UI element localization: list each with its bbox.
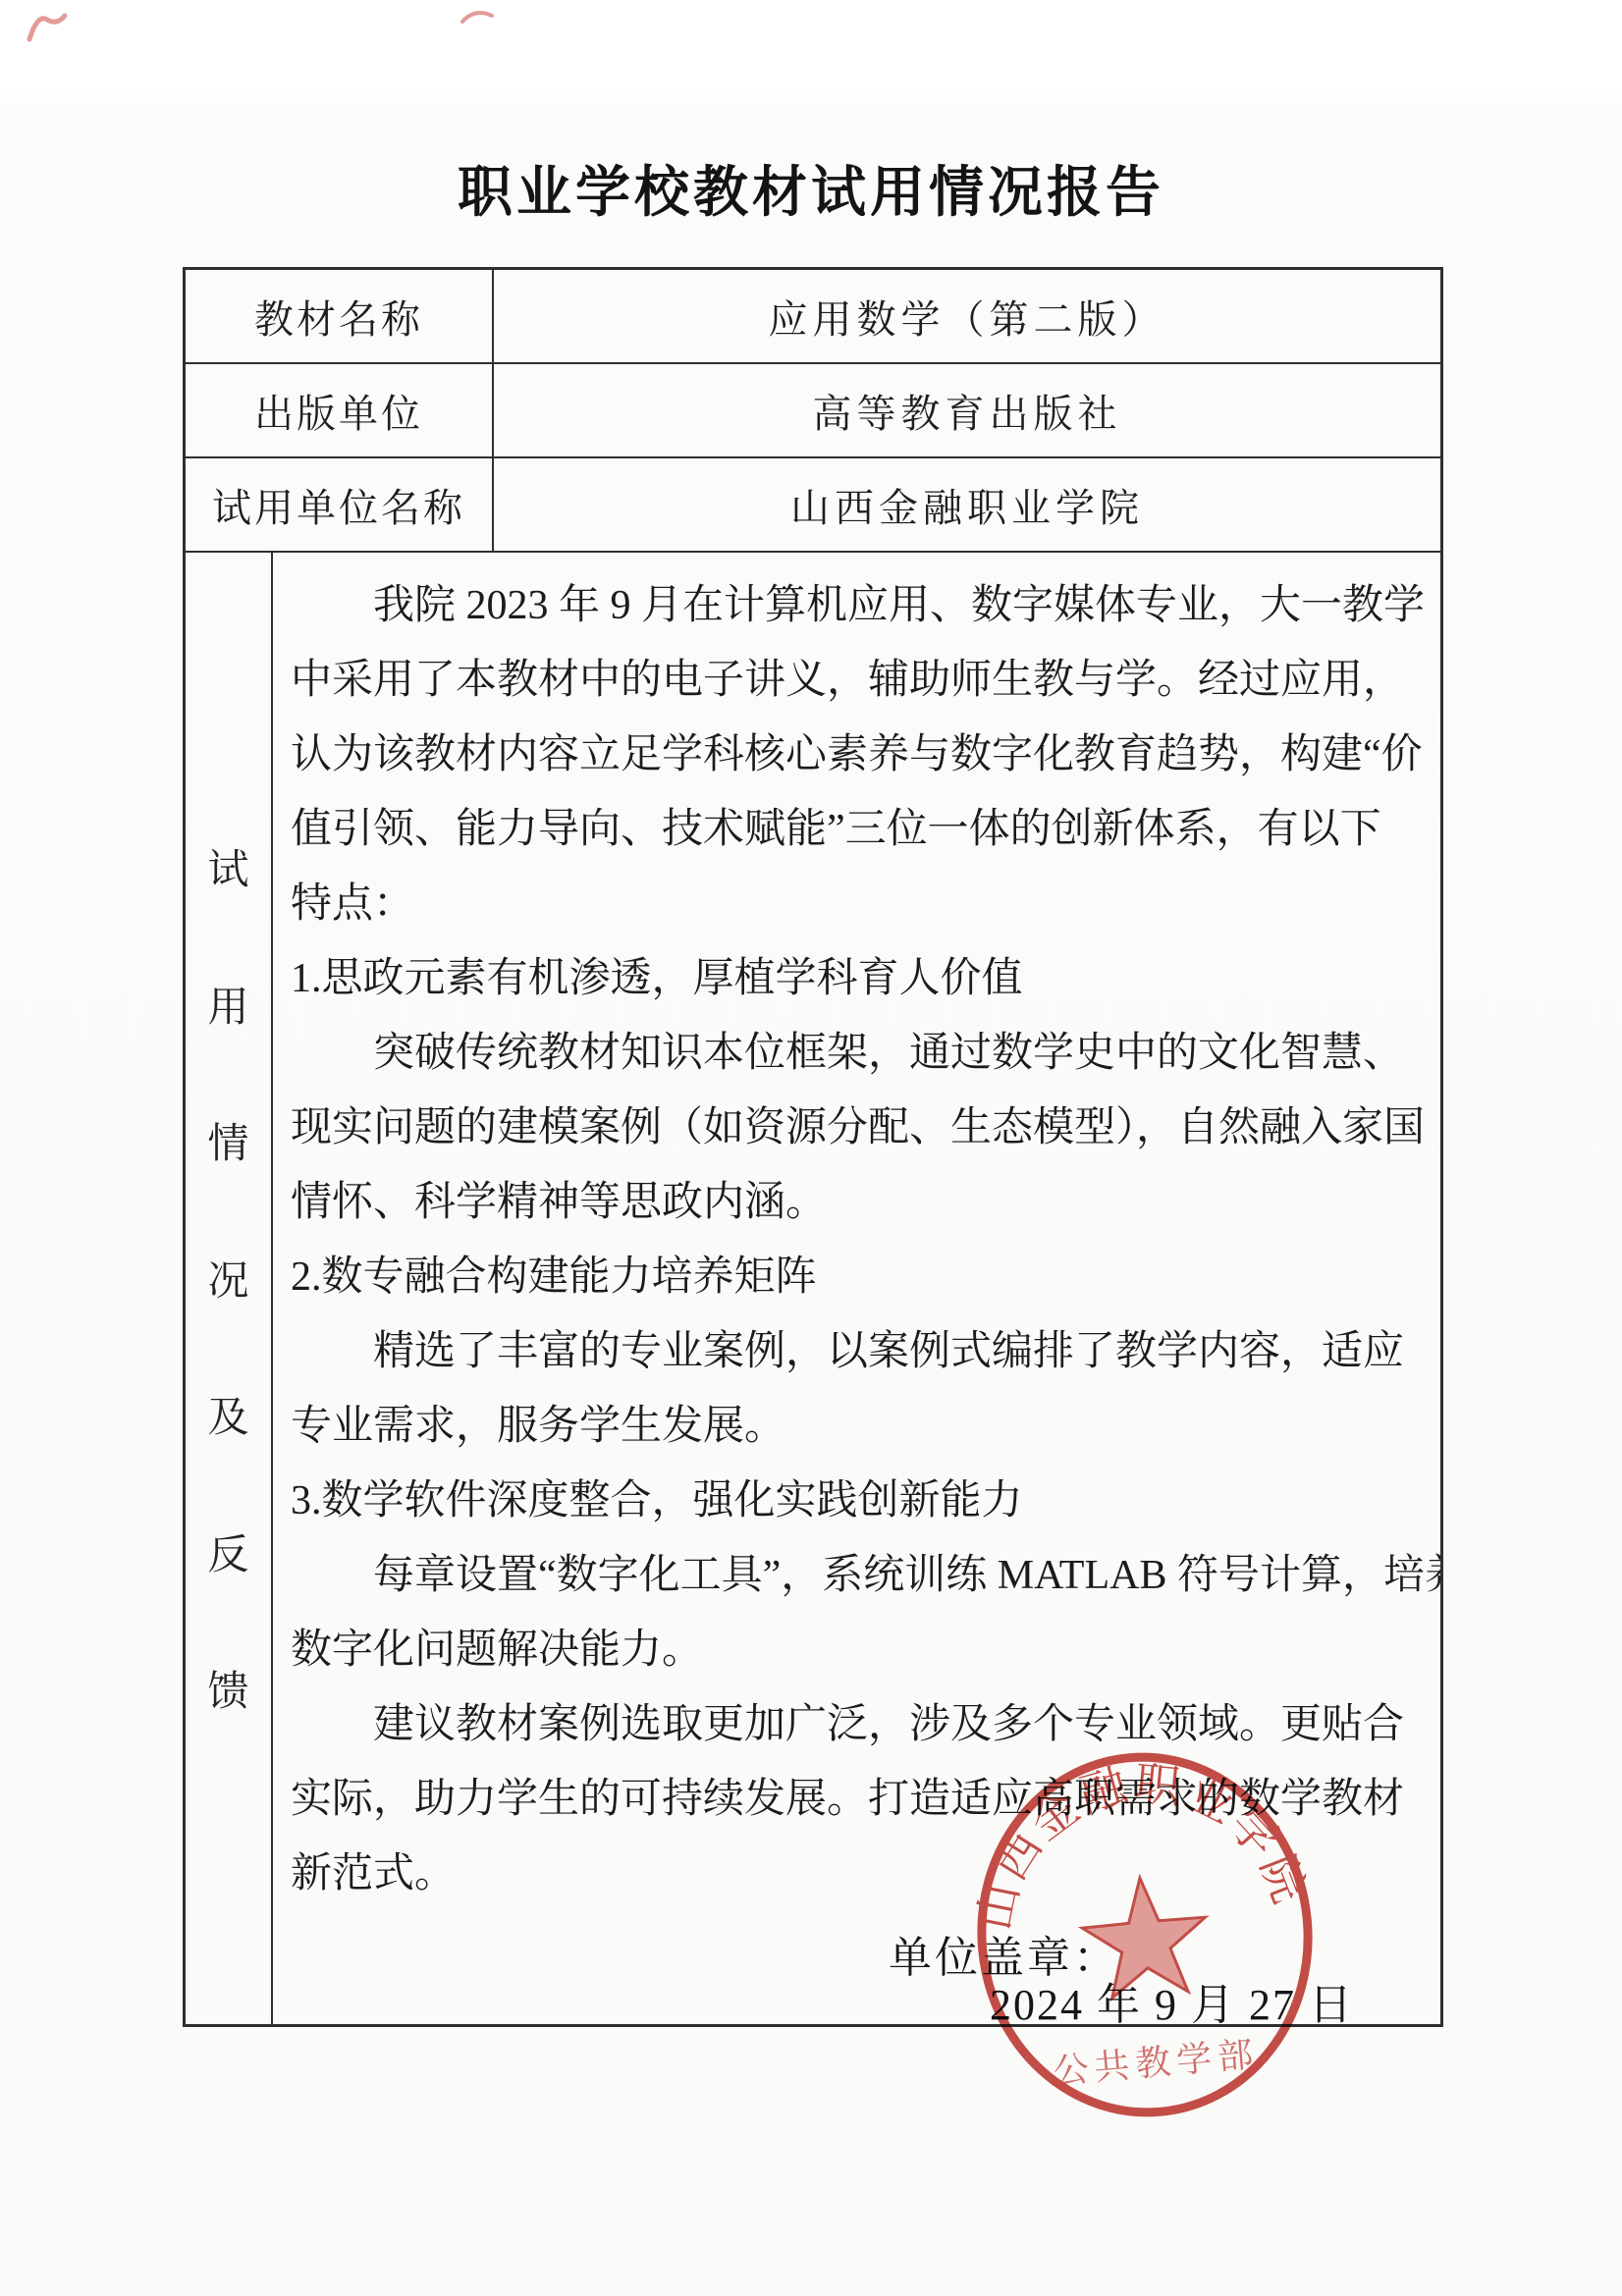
- vertical-label-char: 试: [207, 837, 248, 896]
- feedback-line: 认为该教材内容立足学科核心素养与数字化教育趋势，构建“价: [291, 718, 1433, 792]
- row-value-trial-unit: 山西金融职业学院: [494, 458, 1440, 551]
- table-row: 试用单位名称 山西金融职业学院: [186, 458, 1440, 553]
- vertical-label-char: 用: [207, 975, 248, 1034]
- vertical-label-char: 反: [207, 1522, 248, 1581]
- feedback-line: 我院 2023 年 9 月在计算机应用、数字媒体专业，大一教学: [291, 568, 1433, 643]
- feedback-line: 2.数专融合构建能力培养矩阵: [291, 1240, 1433, 1314]
- table-row: 出版单位 高等教育出版社: [186, 364, 1440, 458]
- feedback-line: 3.数学软件深度整合，强化实践创新能力: [291, 1464, 1433, 1538]
- row-label-textbook-name: 教材名称: [186, 270, 494, 362]
- row-label-trial-unit: 试用单位名称: [186, 458, 494, 551]
- vertical-label-char: 馈: [207, 1659, 248, 1718]
- feedback-vertical-label: 试用情况及反馈: [186, 553, 273, 2024]
- table-row: 教材名称 应用数学（第二版）: [186, 270, 1440, 364]
- feedback-line: 中采用了本教材中的电子讲义，辅助师生教与学。经过应用，: [291, 643, 1433, 718]
- row-label-publisher: 出版单位: [186, 364, 494, 456]
- feedback-line: 精选了丰富的专业案例，以案例式编排了教学内容，适应: [291, 1314, 1433, 1389]
- row-value-textbook-name: 应用数学（第二版）: [494, 270, 1440, 362]
- feedback-line: 数字化问题解决能力。: [291, 1613, 1433, 1687]
- feedback-line: 值引领、能力导向、技术赋能”三位一体的创新体系，有以下: [291, 792, 1433, 867]
- scanned-report-page: 职业学校教材试用情况报告 教材名称 应用数学（第二版） 出版单位 高等教育出版社…: [0, 0, 1622, 2296]
- vertical-label-char: 情: [207, 1111, 248, 1170]
- feedback-line: 特点：: [291, 867, 1433, 941]
- red-scribble-mark: [24, 6, 71, 53]
- feedback-line: 突破传统教材知识本位框架，通过数学史中的文化智慧、: [291, 1016, 1433, 1091]
- feedback-line: 每章设置“数字化工具”，系统训练 MATLAB 符号计算，培养: [291, 1538, 1433, 1613]
- vertical-label-char: 况: [207, 1249, 248, 1308]
- row-value-publisher: 高等教育出版社: [494, 364, 1440, 456]
- official-seal: 山西金融职业学院 公共教学部: [948, 1734, 1341, 2156]
- feedback-line: 专业需求，服务学生发展。: [291, 1389, 1433, 1464]
- feedback-line: 现实问题的建模案例（如资源分配、生态模型），自然融入家国: [291, 1091, 1433, 1165]
- red-dash-mark: [460, 4, 495, 29]
- seal-bottom-text: 公共教学部: [1052, 2034, 1261, 2091]
- feedback-line: 情怀、科学精神等思政内涵。: [291, 1165, 1433, 1240]
- feedback-line: 1.思政元素有机渗透，厚植学科育人价值: [291, 941, 1433, 1016]
- vertical-label-char: 及: [207, 1385, 248, 1444]
- seal-star-icon: [1078, 1873, 1212, 2001]
- page-title: 职业学校教材试用情况报告: [0, 149, 1622, 228]
